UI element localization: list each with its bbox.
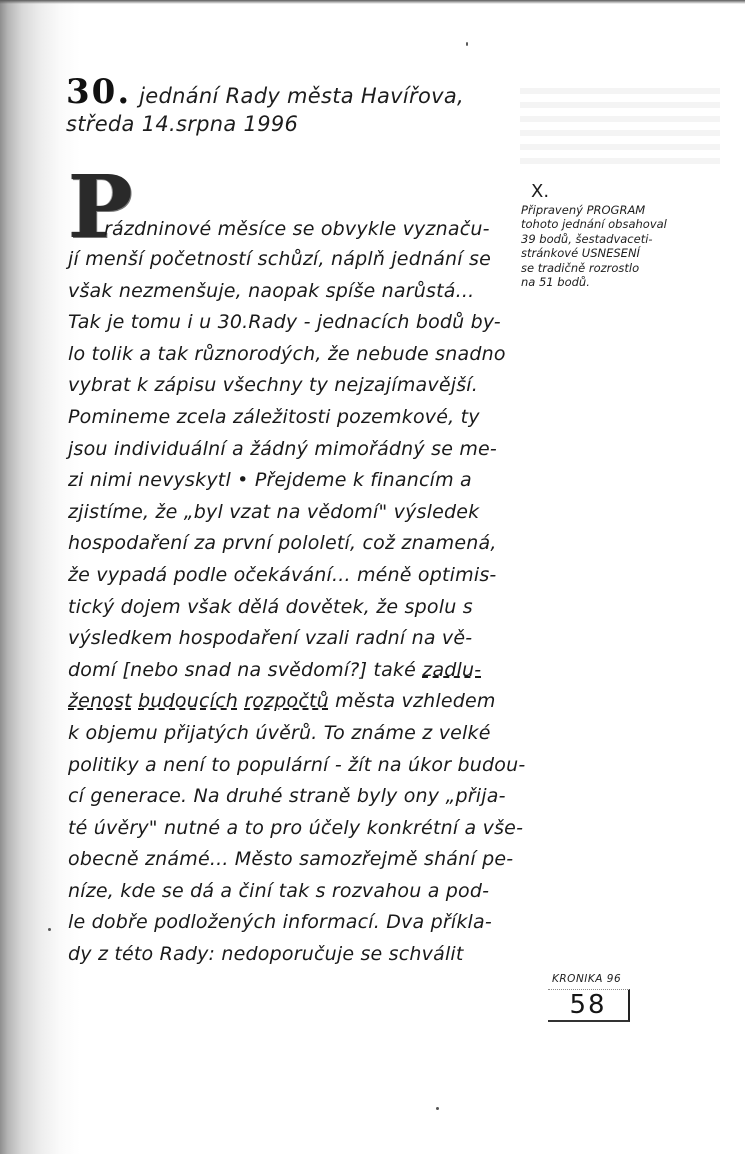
meeting-date: středa 14.srpna 1996	[66, 112, 496, 136]
text-line: cí generace. Na druhé straně byly ony „p…	[68, 781, 518, 813]
chronicle-page: 30. jednání Rady města Havířova, středa …	[0, 0, 745, 1154]
text-line: zjistíme, že „byl vzat na vědomí" výsled…	[68, 497, 518, 529]
text-line: le dobře podložených informací. Dva přík…	[68, 907, 518, 939]
heading-line: 30. jednání Rady města Havířova,	[66, 72, 496, 112]
text-line: politiky a není to populární - žít na úk…	[68, 750, 518, 782]
text-line: zi nimi nevyskytl • Přejdeme k financím …	[68, 465, 518, 497]
page-number: 58	[569, 990, 606, 1020]
text-line: že vypadá podle očekávání... méně optimi…	[68, 560, 518, 592]
text-segment: domí [nebo snad na svědomí?] také	[68, 659, 416, 681]
footnote-line: se tradičně rozrostlo	[521, 261, 731, 275]
text-line: lo tolik a tak různorodých, že nebude sn…	[68, 339, 518, 371]
footnote-marker: X.	[531, 183, 731, 201]
chronicle-label: KRONIKA 96	[548, 973, 630, 985]
scan-speck	[466, 42, 468, 46]
page-heading: 30. jednání Rady města Havířova, středa …	[66, 72, 496, 136]
handwritten-body: P rázdninové měsíce se obvykle vyznaču- …	[68, 168, 518, 971]
scan-speck	[48, 928, 51, 931]
footnote-line: na 51 bodů.	[521, 275, 731, 289]
text-segment: města vzhledem	[335, 690, 496, 712]
text-line: dy z této Rady: nedoporučuje se schválit	[68, 939, 518, 971]
text-line: tický dojem však dělá dovětek, že spolu …	[68, 592, 518, 624]
scan-edge-shadow	[0, 0, 745, 4]
opening-paragraph-start: P rázdninové měsíce se obvykle vyznaču-	[68, 168, 518, 244]
underlined-text: rozpočtů	[244, 690, 329, 712]
text-line: domí [nebo snad na svědomí?] také zadlu-	[68, 655, 518, 687]
underlined-text: zadlu-	[422, 659, 481, 681]
footnote-line: Připravený PROGRAM	[521, 203, 731, 217]
footnote-line: stránkové USNESENÍ	[521, 246, 731, 260]
margin-footnote: X. Připravený PROGRAM tohoto jednání obs…	[521, 183, 731, 289]
meeting-title: jednání Rady města Havířova,	[139, 84, 464, 108]
text-line: však nezmenšuje, naopak spíše narůstá...	[68, 276, 518, 308]
text-line: té úvěry" nutné a to pro účely konkrétní…	[68, 813, 518, 845]
text-line: k objemu přijatých úvěrů. To známe z vel…	[68, 718, 518, 750]
page-number-box: 58	[548, 989, 630, 1022]
text-line: ženost budoucích rozpočtů města vzhledem	[68, 686, 518, 718]
underlined-text: budoucích	[138, 690, 238, 712]
text-line: hospodaření za první pololetí, což zname…	[68, 528, 518, 560]
page-stamp: KRONIKA 96 58	[548, 973, 630, 1022]
footnote-line: tohoto jednání obsahoval	[521, 217, 731, 231]
text-line: obecně známé... Město samozřejmě shání p…	[68, 844, 518, 876]
text-line: výsledkem hospodaření vzali radní na vě-	[68, 623, 518, 655]
bleed-through-text	[520, 80, 720, 170]
text-line: Tak je tomu i u 30.Rady - jednacích bodů…	[68, 307, 518, 339]
text-line: Pomineme zcela záležitosti pozemkové, ty	[68, 402, 518, 434]
footnote-line: 39 bodů, šestadvaceti-	[521, 232, 731, 246]
underlined-text: ženost	[68, 690, 132, 712]
scan-speck	[436, 1107, 439, 1110]
text-line: vybrat k zápisu všechny ty nejzajímavějš…	[68, 370, 518, 402]
text-line: jí menší početností schůzí, náplň jednán…	[68, 244, 518, 276]
text-line: jsou individuální a žádný mimořádný se m…	[68, 434, 518, 466]
meeting-number: 30.	[66, 72, 131, 112]
text-line: níze, kde se dá a činí tak s rozvahou a …	[68, 876, 518, 908]
text-line: rázdninové měsíce se obvykle vyznaču-	[104, 214, 490, 246]
